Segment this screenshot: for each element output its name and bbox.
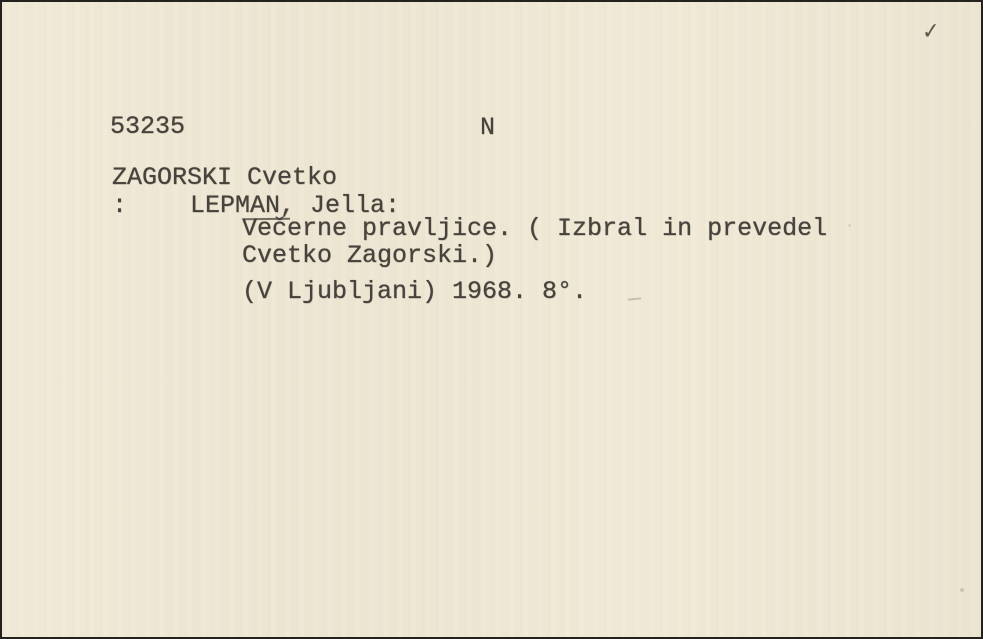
heading-entry: ZAGORSKI Cvetko — [112, 165, 337, 190]
title-line-1: Večerne pravljice. ( Izbral in prevedel — [242, 216, 827, 241]
title-line-2: Cvetko Zagorski.) — [242, 243, 497, 268]
catalog-card: 53235 N ZAGORSKI Cvetko : LEPMAN, Jella:… — [0, 0, 983, 639]
cross-reference-colon: : — [112, 193, 127, 218]
paper-speck — [848, 224, 851, 227]
imprint-line: (V Ljubljani) 1968. 8°. — [242, 279, 587, 304]
section-letter: N — [480, 115, 495, 140]
call-number: 53235 — [110, 114, 185, 139]
pencil-checkmark-icon: ✓ — [922, 18, 940, 45]
paper-speck — [960, 588, 964, 592]
pencil-dash-mark — [628, 297, 641, 300]
